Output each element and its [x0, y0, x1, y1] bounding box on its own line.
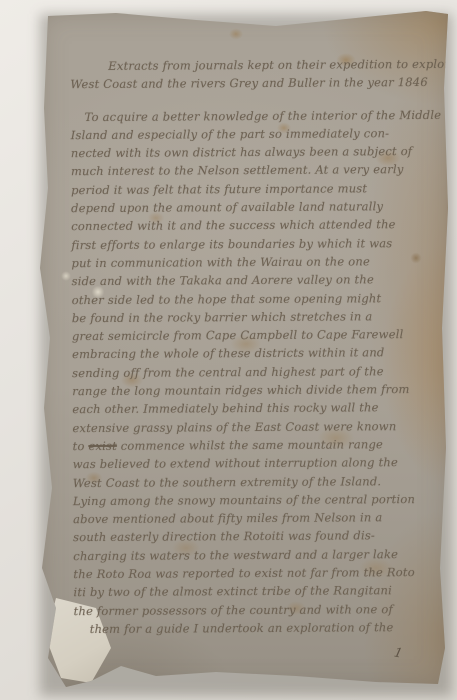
- manuscript-line: each other. Immediately behind this rock…: [72, 398, 442, 419]
- manuscript-line: the former possessors of the country and…: [74, 599, 444, 620]
- manuscript-page: Extracts from journals kept on their exp…: [36, 8, 450, 692]
- manuscript-line: West Coast to the southern extremity of …: [73, 471, 443, 492]
- page-number-mark: 1: [393, 645, 404, 661]
- manuscript-line: be found in the rocky barrier which stre…: [72, 307, 442, 328]
- manuscript-text: Extracts from journals kept on their exp…: [70, 55, 444, 638]
- manuscript-line: side and with the Takaka and Aorere vall…: [72, 270, 442, 291]
- manuscript-line: other side led to the hope that some ope…: [72, 288, 442, 309]
- manuscript-line: great semicircle from Cape Campbell to C…: [72, 325, 442, 346]
- manuscript-line: above mentioned about fifty miles from N…: [73, 508, 443, 529]
- manuscript-line: West Coast and the rivers Grey and Bulle…: [70, 73, 440, 94]
- manuscript-line: iti by two of the almost extinct tribe o…: [73, 581, 443, 602]
- manuscript-line: extensive grassy plains of the East Coas…: [72, 417, 442, 438]
- manuscript-line: To acquire a better knowledge of the int…: [85, 105, 441, 125]
- manuscript-line: charging its waters to the westward and …: [73, 545, 443, 566]
- manuscript-line: nected with its own district has always …: [71, 142, 441, 163]
- photo-backdrop: Extracts from journals kept on their exp…: [0, 0, 457, 700]
- manuscript-line: Island and especially of the part so imm…: [71, 124, 441, 145]
- manuscript-line: sending off from the central and highest…: [72, 362, 442, 383]
- manuscript-line: Lying among the snowy mountains of the c…: [73, 490, 443, 511]
- manuscript-line: embracing the whole of these districts w…: [72, 343, 442, 364]
- manuscript-line: south easterly direction the Rotoiti was…: [73, 526, 443, 547]
- manuscript-header: Extracts from journals kept on their exp…: [70, 55, 440, 94]
- manuscript-body: To acquire a better knowledge of the int…: [71, 105, 444, 638]
- manuscript-line: period it was felt that its future impor…: [71, 179, 441, 200]
- manuscript-line: range the long mountain ridges which div…: [72, 380, 442, 401]
- manuscript-line: connected with it and the success which …: [71, 215, 441, 236]
- manuscript-line: depend upon the amount of available land…: [71, 197, 441, 218]
- manuscript-line: much interest to the Nelson settlement. …: [71, 160, 441, 181]
- manuscript-line: first efforts to enlarge its boundaries …: [71, 234, 441, 255]
- manuscript-line: them for a guide I undertook an explorat…: [90, 618, 444, 638]
- manuscript-line: to exist commence whilst the same mounta…: [73, 435, 443, 456]
- manuscript-line: Extracts from journals kept on their exp…: [108, 55, 440, 75]
- manuscript-line: was believed to extend without interrupt…: [73, 453, 443, 474]
- manuscript-line: put in communication with the Wairau on …: [71, 252, 441, 273]
- manuscript-line: the Roto Roa was reported to exist not f…: [73, 563, 443, 584]
